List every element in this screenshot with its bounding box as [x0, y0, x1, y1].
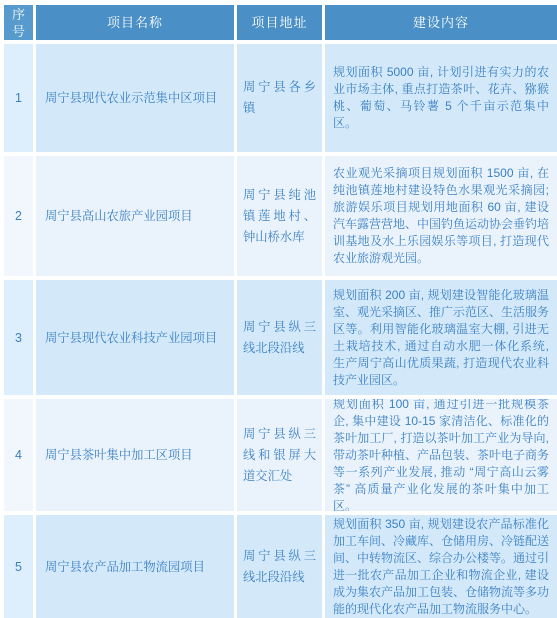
construction-content-cell: 农业观光采摘项目规划面积 1500 亩, 在纯池镇莲地村建设特色水果观光采摘园;…	[325, 156, 557, 276]
construction-content: 规划面积 200 亩, 规划建设智能化玻璃温室、观光采摘区、推广示范区、生活服务…	[333, 287, 549, 389]
project-name-cell: 周宁县现代农业示范集中区项目	[36, 44, 234, 152]
construction-content: 农业观光采摘项目规划面积 1500 亩, 在纯池镇莲地村建设特色水果观光采摘园;…	[333, 165, 549, 267]
construction-content: 规划面积 100 亩, 通过引进一批规模茶企, 集中建设 10-15 家清洁化、…	[333, 399, 549, 511]
header-cell-project-address: 项目地址	[237, 5, 322, 40]
project-address: 周宁县各乡镇	[243, 77, 316, 119]
construction-content-cell: 规划面积 200 亩, 规划建设智能化玻璃温室、观光采摘区、推广示范区、生活服务…	[325, 280, 557, 395]
project-address-cell: 周宁县纵三线北段沿线	[237, 515, 322, 618]
header-label: 序号	[4, 6, 33, 40]
construction-content: 规划面积 5000 亩, 计划引进有实力的农业市场主体, 重点打造茶叶、花卉、猕…	[333, 64, 549, 132]
project-name: 周宁县农产品加工物流园项目	[45, 558, 228, 576]
header-label: 建设内容	[325, 14, 557, 31]
header-cell-construction-content: 建设内容	[325, 5, 557, 40]
project-name: 周宁县茶叶集中加工区项目	[45, 446, 228, 464]
project-name: 周宁县现代农业科技产业园项目	[45, 329, 228, 347]
seq-value: 1	[4, 91, 33, 105]
construction-content: 规划面积 350 亩, 规划建设农产品标准化加工车间、冷藏库、仓储用房、冷链配送…	[333, 516, 549, 618]
seq-value: 3	[4, 331, 33, 345]
project-name-cell: 周宁县农产品加工物流园项目	[36, 515, 234, 618]
seq-cell: 2	[4, 156, 33, 276]
construction-content-cell: 规划面积 5000 亩, 计划引进有实力的农业市场主体, 重点打造茶叶、花卉、猕…	[325, 44, 557, 152]
seq-cell: 1	[4, 44, 33, 152]
project-name-cell: 周宁县茶叶集中加工区项目	[36, 399, 234, 511]
header-label: 项目地址	[237, 14, 322, 31]
project-address-cell: 周宁县各乡镇	[237, 44, 322, 152]
project-address-cell: 周宁县纵三线北段沿线	[237, 280, 322, 395]
project-name: 周宁县现代农业示范集中区项目	[45, 89, 228, 107]
project-address-cell: 周宁县纵三线和银屏大道交汇处	[237, 399, 322, 511]
seq-cell: 5	[4, 515, 33, 618]
project-address-cell: 周宁县纯池镇莲地村、钟山桥水库	[237, 156, 322, 276]
seq-cell: 3	[4, 280, 33, 395]
seq-value: 2	[4, 209, 33, 223]
header-label: 项目名称	[36, 14, 234, 31]
seq-cell: 4	[4, 399, 33, 511]
header-cell-seq: 序号	[4, 5, 33, 40]
project-address: 周宁县纵三线北段沿线	[243, 317, 316, 359]
seq-value: 5	[4, 560, 33, 574]
projects-table: 序号 项目名称 项目地址 建设内容 1 周宁县现代农业示范集中区项目 周宁县各乡…	[4, 5, 557, 618]
construction-content-cell: 规划面积 350 亩, 规划建设农产品标准化加工车间、冷藏库、仓储用房、冷链配送…	[325, 515, 557, 618]
project-name: 周宁县高山农旅产业园项目	[45, 207, 228, 225]
header-cell-project-name: 项目名称	[36, 5, 234, 40]
project-address: 周宁县纯池镇莲地村、钟山桥水库	[243, 185, 316, 248]
project-address: 周宁县纵三线和银屏大道交汇处	[243, 424, 316, 487]
project-name-cell: 周宁县现代农业科技产业园项目	[36, 280, 234, 395]
project-address: 周宁县纵三线北段沿线	[243, 546, 316, 588]
project-name-cell: 周宁县高山农旅产业园项目	[36, 156, 234, 276]
seq-value: 4	[4, 448, 33, 462]
construction-content-cell: 规划面积 100 亩, 通过引进一批规模茶企, 集中建设 10-15 家清洁化、…	[325, 399, 557, 511]
